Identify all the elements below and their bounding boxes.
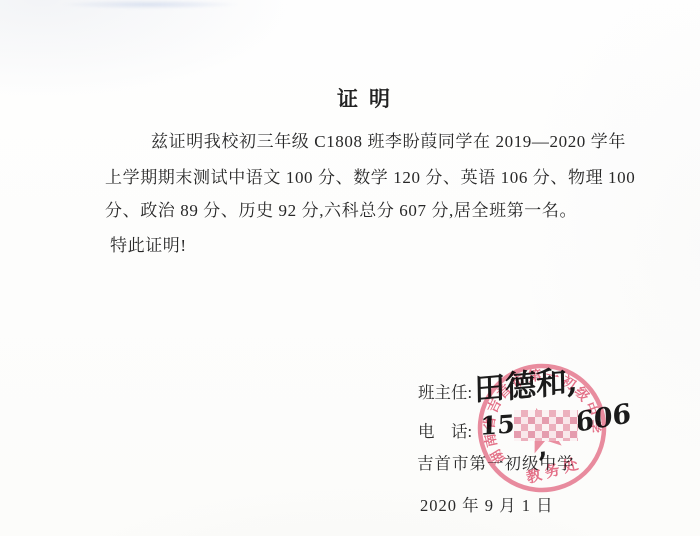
scanned-certificate-page: 证明 兹证明我校初三年级 C1808 班李盼葭同学在 2019—2020 学年 … [0,0,700,536]
body-line-2: 上学期期末测试中语文 100 分、数学 120 分、英语 106 分、物理 10… [105,163,635,188]
body-line-3: 分、政治 89 分、历史 92 分,六科总分 607 分,居全班第一名。 [105,196,577,221]
phone-redaction-mosaic [514,410,578,441]
scan-smudge [60,0,240,9]
document-title: 证明 [337,83,401,113]
body-line-1: 兹证明我校初三年级 C1808 班李盼葭同学在 2019—2020 学年 [151,127,626,152]
teacher-name-handwritten: 田德和, [474,355,578,409]
body-line-closing: 特此证明! [110,231,187,256]
